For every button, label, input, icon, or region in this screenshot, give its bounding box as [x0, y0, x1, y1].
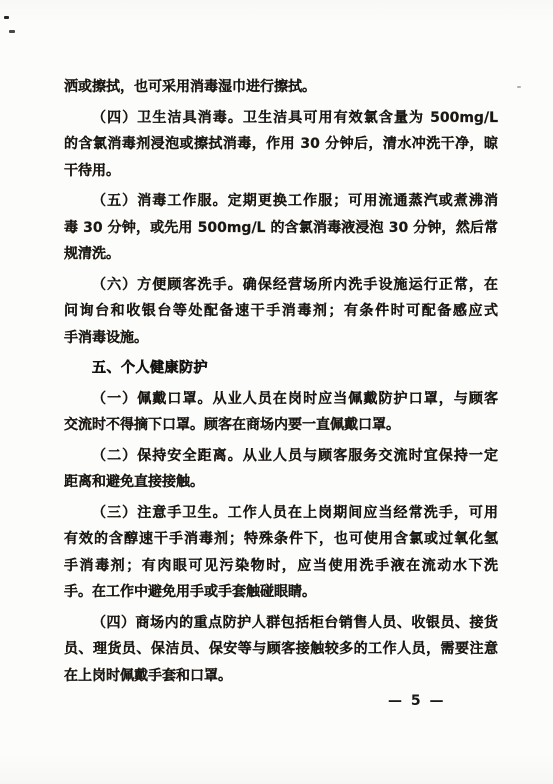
doc-line: （六）方便顾客洗手。确保经营场所内洗手设施运行正常，在	[64, 272, 498, 299]
doc-line: （一）佩戴口罩。从业人员在岗时应当佩戴防护口罩，与顾客	[64, 386, 498, 413]
doc-line: 毒 30 分钟，或先用 500mg/L 的含氯消毒液浸泡 30 分钟，然后常	[64, 215, 498, 242]
doc-line: （三）注意手卫生。工作人员在上岗期间应当经常洗手，可用	[64, 500, 498, 527]
page-number: — 5 —	[388, 692, 446, 710]
doc-line: 手。在工作中避免用手或手套触碰眼睛。	[64, 579, 498, 606]
doc-line: 洒或擦拭，也可采用消毒湿巾进行擦拭。	[64, 74, 498, 101]
doc-line: （五）消毒工作服。定期更换工作服；可用流通蒸汽或煮沸消	[64, 188, 498, 215]
doc-line: 员、理货员、保洁员、保安等与顾客接触较多的工作人员，需要注意	[64, 636, 498, 663]
doc-line: （四）商场内的重点防护人群包括柜台销售人员、收银员、接货	[64, 610, 498, 637]
ink-speck	[4, 16, 9, 19]
document-text-block: 洒或擦拭，也可采用消毒湿巾进行擦拭。 （四）卫生洁具消毒。卫生洁具可用有效氯含量…	[64, 74, 498, 689]
ink-speck	[9, 30, 15, 33]
doc-line: 交流时不得摘下口罩。顾客在商场内要一直佩戴口罩。	[64, 412, 498, 439]
doc-line: 的含氯消毒剂浸泡或擦拭消毒，作用 30 分钟后，清水冲洗干净，晾	[64, 131, 498, 158]
doc-line: （二）保持安全距离。从业人员与顾客服务交流时宜保持一定	[64, 443, 498, 470]
doc-line: 有效的含醇速干手消毒剂；特殊条件下，也可使用含氯或过氧化氢	[64, 526, 498, 553]
doc-line: 距离和避免直接接触。	[64, 469, 498, 496]
doc-line: 手消毒设施。	[64, 325, 498, 352]
doc-line: 手消毒剂；有肉眼可见污染物时，应当使用洗手液在流动水下洗	[64, 553, 498, 580]
scanned-document-page: 洒或擦拭，也可采用消毒湿巾进行擦拭。 （四）卫生洁具消毒。卫生洁具可用有效氯含量…	[0, 0, 553, 784]
section-heading: 五、个人健康防护	[64, 355, 498, 382]
doc-line: 在上岗时佩戴手套和口罩。	[64, 663, 498, 690]
doc-line: 干待用。	[64, 158, 498, 185]
ink-speck	[517, 86, 521, 88]
doc-line: 规清洗。	[64, 241, 498, 268]
doc-line: （四）卫生洁具消毒。卫生洁具可用有效氯含量为 500mg/L	[64, 105, 498, 132]
doc-line: 问询台和收银台等处配备速干手消毒剂；有条件时可配备感应式	[64, 298, 498, 325]
